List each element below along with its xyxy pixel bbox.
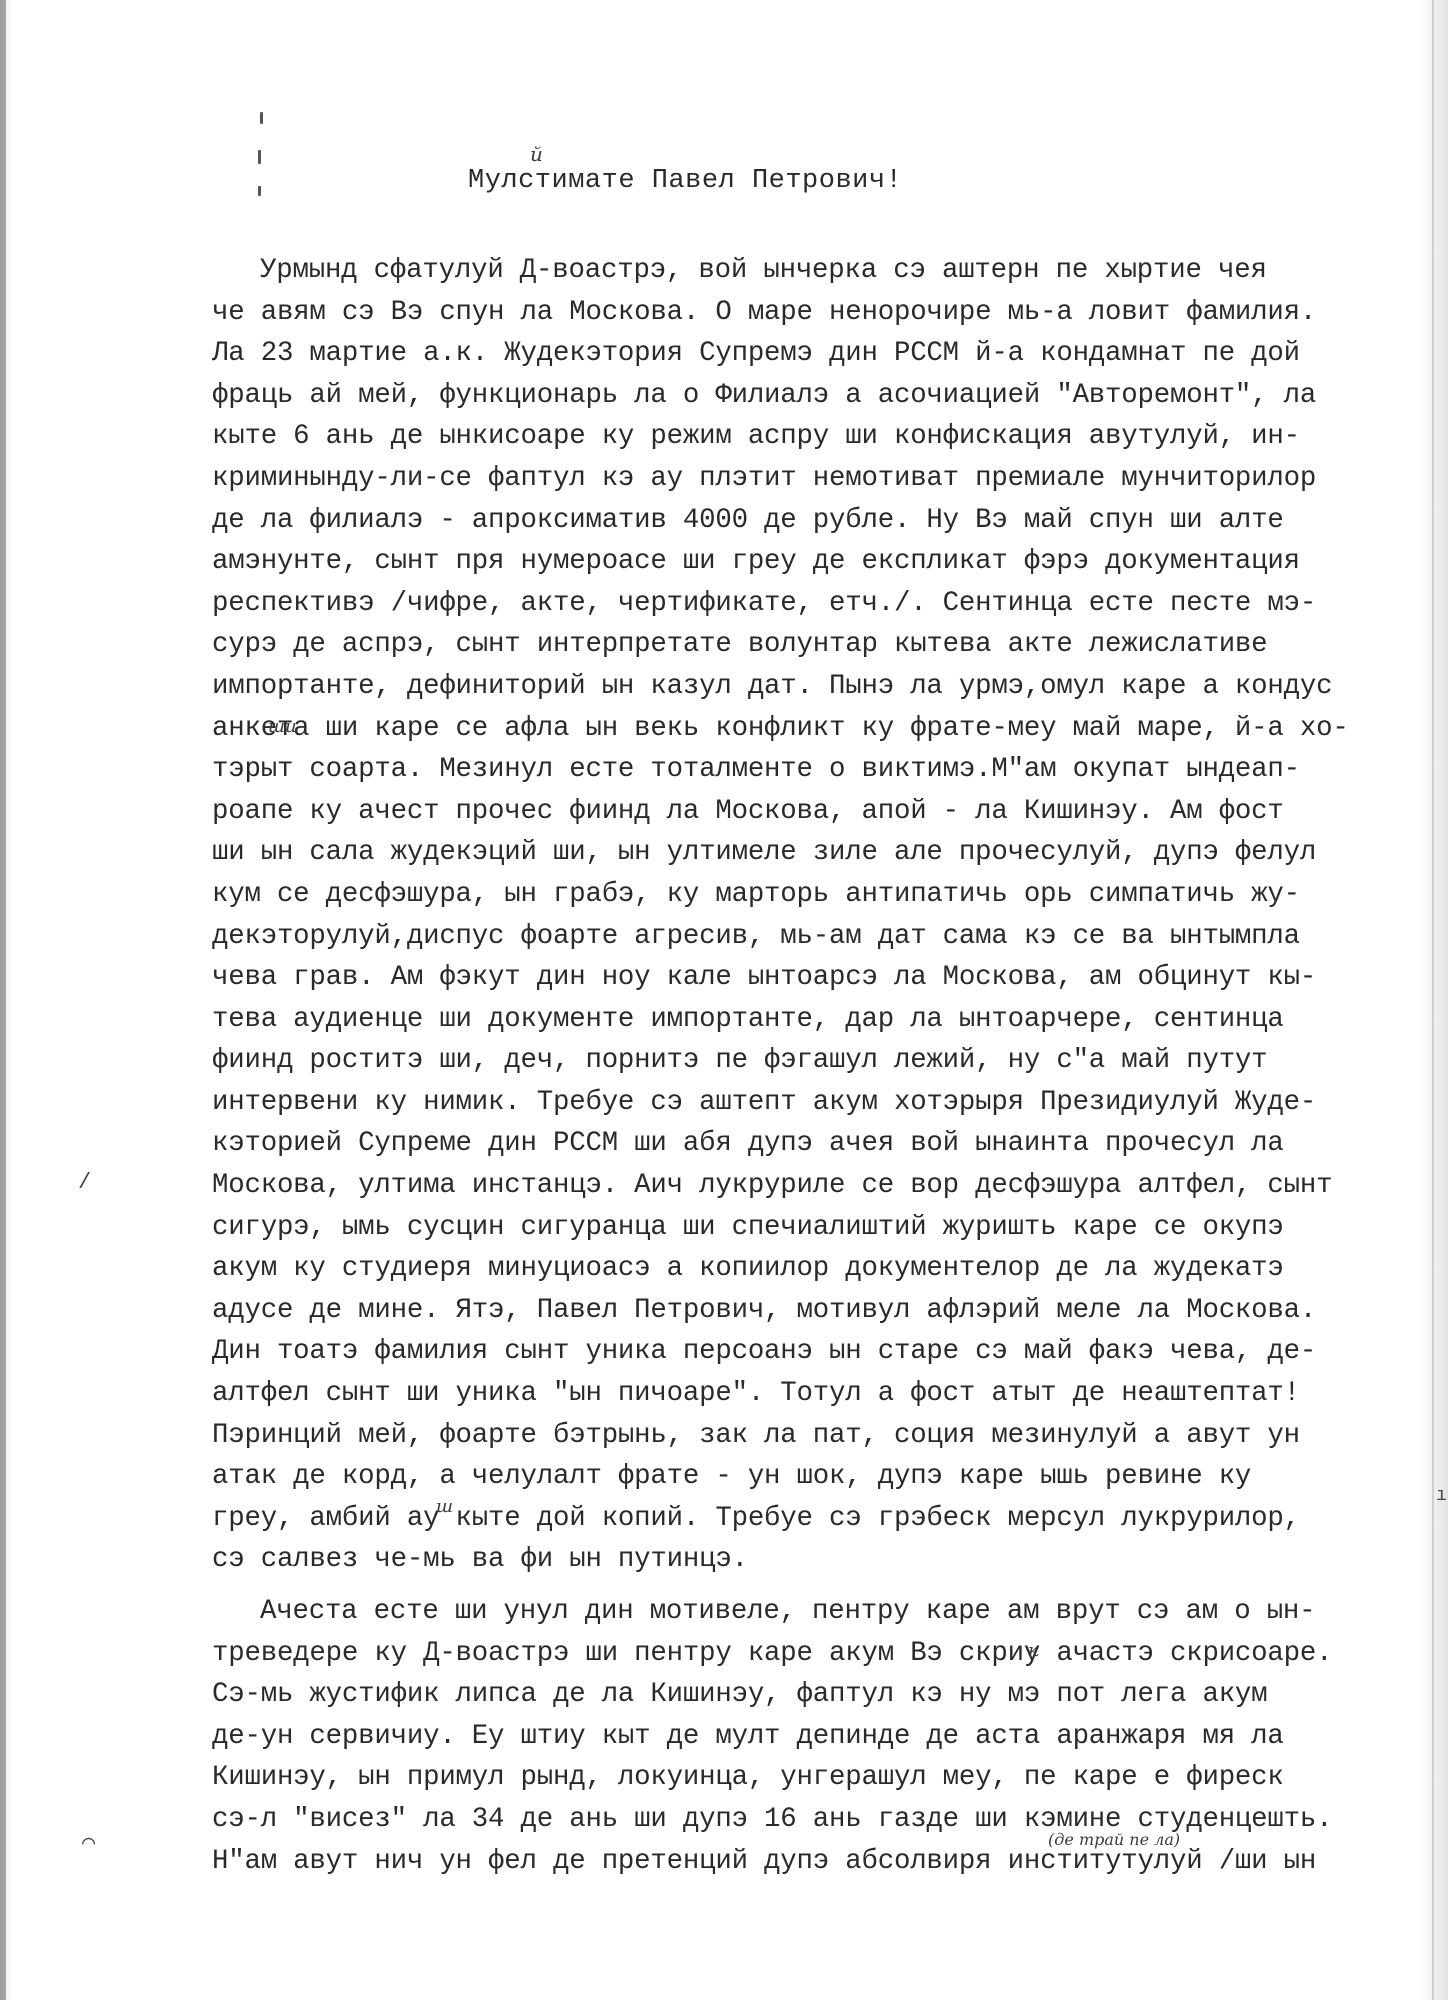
text-line: чева грав. Ам фэкут дин ноу кале ынтоарс… — [212, 957, 1422, 999]
handwritten-correction: к — [1028, 1640, 1039, 1661]
handwritten-correction: й — [530, 142, 543, 166]
margin-mark: ⌒ — [82, 1830, 95, 1856]
text-line: сигурэ, ымь сусцин сигуранца ши спечиали… — [212, 1207, 1422, 1249]
punch-mark — [258, 150, 261, 164]
handwritten-insertion: ши — [268, 716, 297, 737]
text-line: де-ун сервичиу. Еу штиу кыт де мулт депи… — [212, 1716, 1422, 1758]
text-line: акум ку студиеря минуциоасэ а копиилор д… — [212, 1248, 1422, 1290]
letter-body: Урмынд сфатулуй Д-воастрэ, вой ынчерка с… — [212, 250, 1422, 1882]
margin-mark: ı- — [1436, 1486, 1448, 1506]
text-line: Ла 23 мартие а.к. Жудекэтория Супремэ ди… — [212, 333, 1422, 375]
handwritten-insertion: (де трай пе ла) — [1048, 1830, 1180, 1849]
text-line: Ачеста есте ши унул дин мотивеле, пентру… — [212, 1591, 1422, 1633]
text-line: фиинд роститэ ши, деч, порнитэ пе фэгашу… — [212, 1040, 1422, 1082]
text-line: тэрыт соарта. Мезинул есте тоталменте о … — [212, 749, 1422, 791]
text-line: анкета ши каре се афла ын векь конфликт … — [212, 708, 1422, 750]
text-line: Н"ам авут нич ун фел де претенций дупэ а… — [212, 1841, 1422, 1883]
text-line: адусе де мине. Ятэ, Павел Петрович, моти… — [212, 1290, 1422, 1332]
punch-mark — [260, 112, 263, 124]
text-line: декэторулуй,диспус фоарте агресив, мь-ам… — [212, 916, 1422, 958]
text-line: Дин тоатэ фамилия сынт уника персоанэ ын… — [212, 1331, 1422, 1373]
page-right-fold — [1432, 0, 1434, 2000]
text-line: че авям сэ Вэ спун ла Москова. О маре не… — [212, 292, 1422, 334]
text-line: кум се десфэшура, ын грабэ, ку марторь а… — [212, 874, 1422, 916]
text-line: атак де корд, а челулалт фрате - ун шок,… — [212, 1456, 1422, 1498]
text-line: Урмынд сфатулуй Д-воастрэ, вой ынчерка с… — [212, 250, 1422, 292]
text-line: греу, амбий ау кыте дой копий. Требуе сэ… — [212, 1498, 1422, 1540]
text-line: де ла филиалэ - апроксиматив 4000 де руб… — [212, 500, 1422, 542]
handwritten-correction: ш — [436, 1496, 453, 1517]
text-line: фраць ай мей, функционарь ла о Филиалэ а… — [212, 375, 1422, 417]
text-line: алтфел сынт ши уника "ын пичоаре". Тотул… — [212, 1373, 1422, 1415]
margin-mark: / — [78, 1170, 91, 1195]
text-line: амэнунте, сынт пря нумероасе ши греу де … — [212, 541, 1422, 583]
text-line: респективэ /чифре, акте, чертификате, ет… — [212, 583, 1422, 625]
text-line: Москова, ултима инстанцэ. Аич лукруриле … — [212, 1165, 1422, 1207]
text-line: кэторией Супреме дин РССМ ши абя дупэ ач… — [212, 1123, 1422, 1165]
text-line: сэ салвез че-мь ва фи ын путинцэ. — [212, 1539, 1422, 1581]
text-line: криминынду-ли-се фаптул кэ ау плэтит нем… — [212, 458, 1422, 500]
text-line: Сэ-мь жустифик липса де ла Кишинэу, фапт… — [212, 1674, 1422, 1716]
page-left-edge-shadow — [0, 0, 6, 2000]
text-line: интервени ку нимик. Требуе сэ аштепт аку… — [212, 1082, 1422, 1124]
text-line: кыте 6 ань де ынкисоаре ку режим аспру ш… — [212, 416, 1422, 458]
text-line: импортанте, дефиниторий ын казул дат. Пы… — [212, 666, 1422, 708]
text-line: Кишинэу, ын примул рынд, локуинца, унгер… — [212, 1757, 1422, 1799]
text-line: Пэринций мей, фоарте бэтрынь, зак ла пат… — [212, 1415, 1422, 1457]
punch-mark — [258, 186, 261, 196]
text-line: сурэ де аспрэ, сынт интерпретате волунта… — [212, 624, 1422, 666]
text-line: тева аудиенце ши документе импортанте, д… — [212, 999, 1422, 1041]
text-line: сэ-л "висез" ла 34 де ань ши дупэ 16 ань… — [212, 1799, 1422, 1841]
salutation: Мулстимате Павел Петрович! — [468, 166, 902, 196]
scanned-page: Мулстимате Павел Петрович! й Урмынд сфат… — [0, 0, 1448, 2000]
text-line: треведере ку Д-воастрэ ши пентру каре ак… — [212, 1633, 1422, 1675]
text-line: ши ын сала жудекэций ши, ын ултимеле зил… — [212, 832, 1422, 874]
text-line: роапе ку ачест прочес фиинд ла Москова, … — [212, 791, 1422, 833]
